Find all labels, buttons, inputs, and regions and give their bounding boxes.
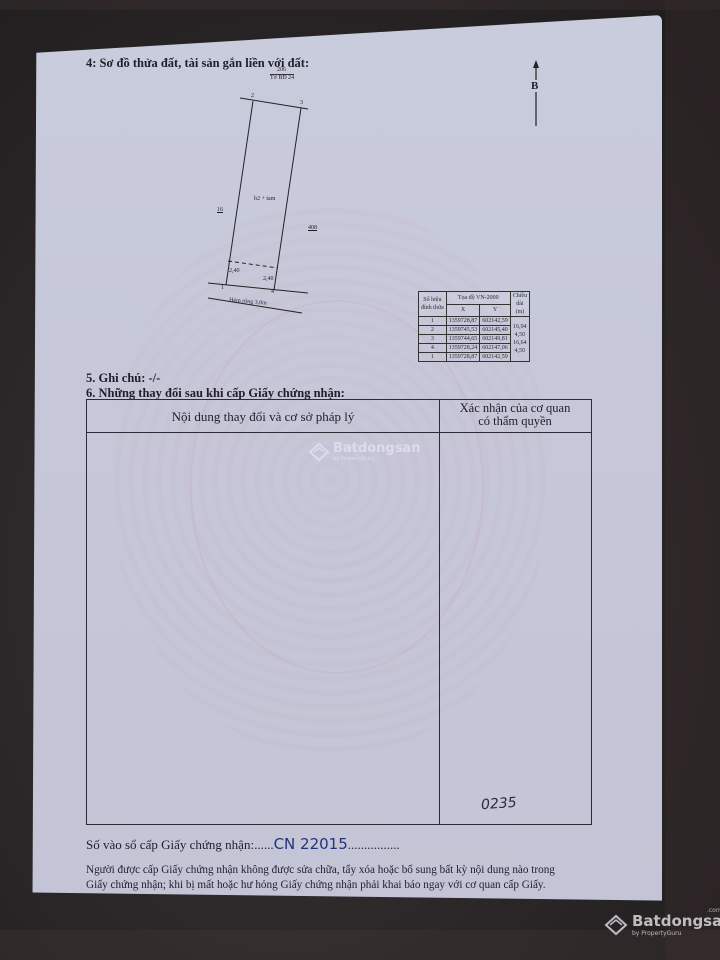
changes-table: Nội dung thay đổi và cơ sở pháp lý Xác n… (86, 399, 592, 825)
watermark-sub: by PropertyGuru (632, 930, 720, 937)
batdongsan-logo-icon (308, 442, 330, 462)
registry-number: CN 22015 (274, 835, 348, 853)
registry-line: Số vào sổ cấp Giấy chứng nhận:......CN 2… (86, 835, 400, 853)
table-row: 11359728,87602142,59 16,944,5016,644,50 (419, 317, 530, 326)
background-streak (0, 0, 720, 10)
neighbor-right-label: 408 (308, 225, 317, 231)
setback-left: 2,40 (229, 268, 240, 274)
header-length: Chiềudài(m) (510, 292, 529, 317)
header-system: Tọa độ VN-2000 (446, 292, 510, 305)
watermark-corner: .com.vn Batdongsan by PropertyGuru (604, 912, 720, 937)
registry-label: Số vào sổ cấp Giấy chứng nhận: (86, 837, 254, 852)
vertex-4: 4 (271, 289, 274, 295)
batdongsan-logo-icon (604, 914, 628, 936)
warning-line-1: Người được cấp Giấy chứng nhận không đượ… (86, 864, 555, 876)
column-divider (439, 400, 440, 824)
section4-title: 4: Sơ đồ thửa đất, tài sản gắn liền với … (86, 56, 309, 71)
north-label: B (531, 80, 538, 92)
section5-title: 5. Ghi chú: -/- (86, 371, 160, 386)
column-header-confirmation: Xác nhận của cơ quan có thẩm quyền (439, 402, 591, 428)
vertex-3: 3 (300, 100, 303, 106)
header-x: X (446, 304, 480, 317)
vertex-1: 1 (221, 285, 224, 291)
header-point: Số hiệuđỉnh thửa (419, 292, 447, 317)
plot-label: b2 + tam (254, 196, 275, 202)
handwritten-note: 0235 (480, 795, 517, 813)
lengths-cell: 16,944,5016,644,50 (510, 317, 529, 362)
map-sheet-number: 206 (277, 67, 286, 73)
vertex-2: 2 (251, 93, 254, 99)
warning-line-2: Giấy chứng nhận; khi bị mất hoặc hư hỏng… (86, 879, 546, 891)
watermark-brand: Batdongsan (333, 441, 420, 456)
watermark-domain: .com.vn (707, 907, 720, 914)
coordinates-table: Số hiệuđỉnh thửa Tọa độ VN-2000 Chiềudài… (418, 291, 530, 362)
watermark-sub: by PropertyGuru (333, 456, 420, 462)
watermark-brand: Batdongsan (632, 912, 720, 930)
setback-right: 2,40 (263, 276, 274, 282)
background-streak (665, 0, 720, 960)
north-arrow-icon (528, 60, 544, 128)
column-header-content: Nội dung thay đổi và cơ sở pháp lý (87, 409, 439, 425)
header-y: Y (480, 304, 511, 317)
watermark-center: Batdongsan by PropertyGuru (308, 441, 420, 462)
neighbor-left-label: 16 (217, 207, 223, 213)
